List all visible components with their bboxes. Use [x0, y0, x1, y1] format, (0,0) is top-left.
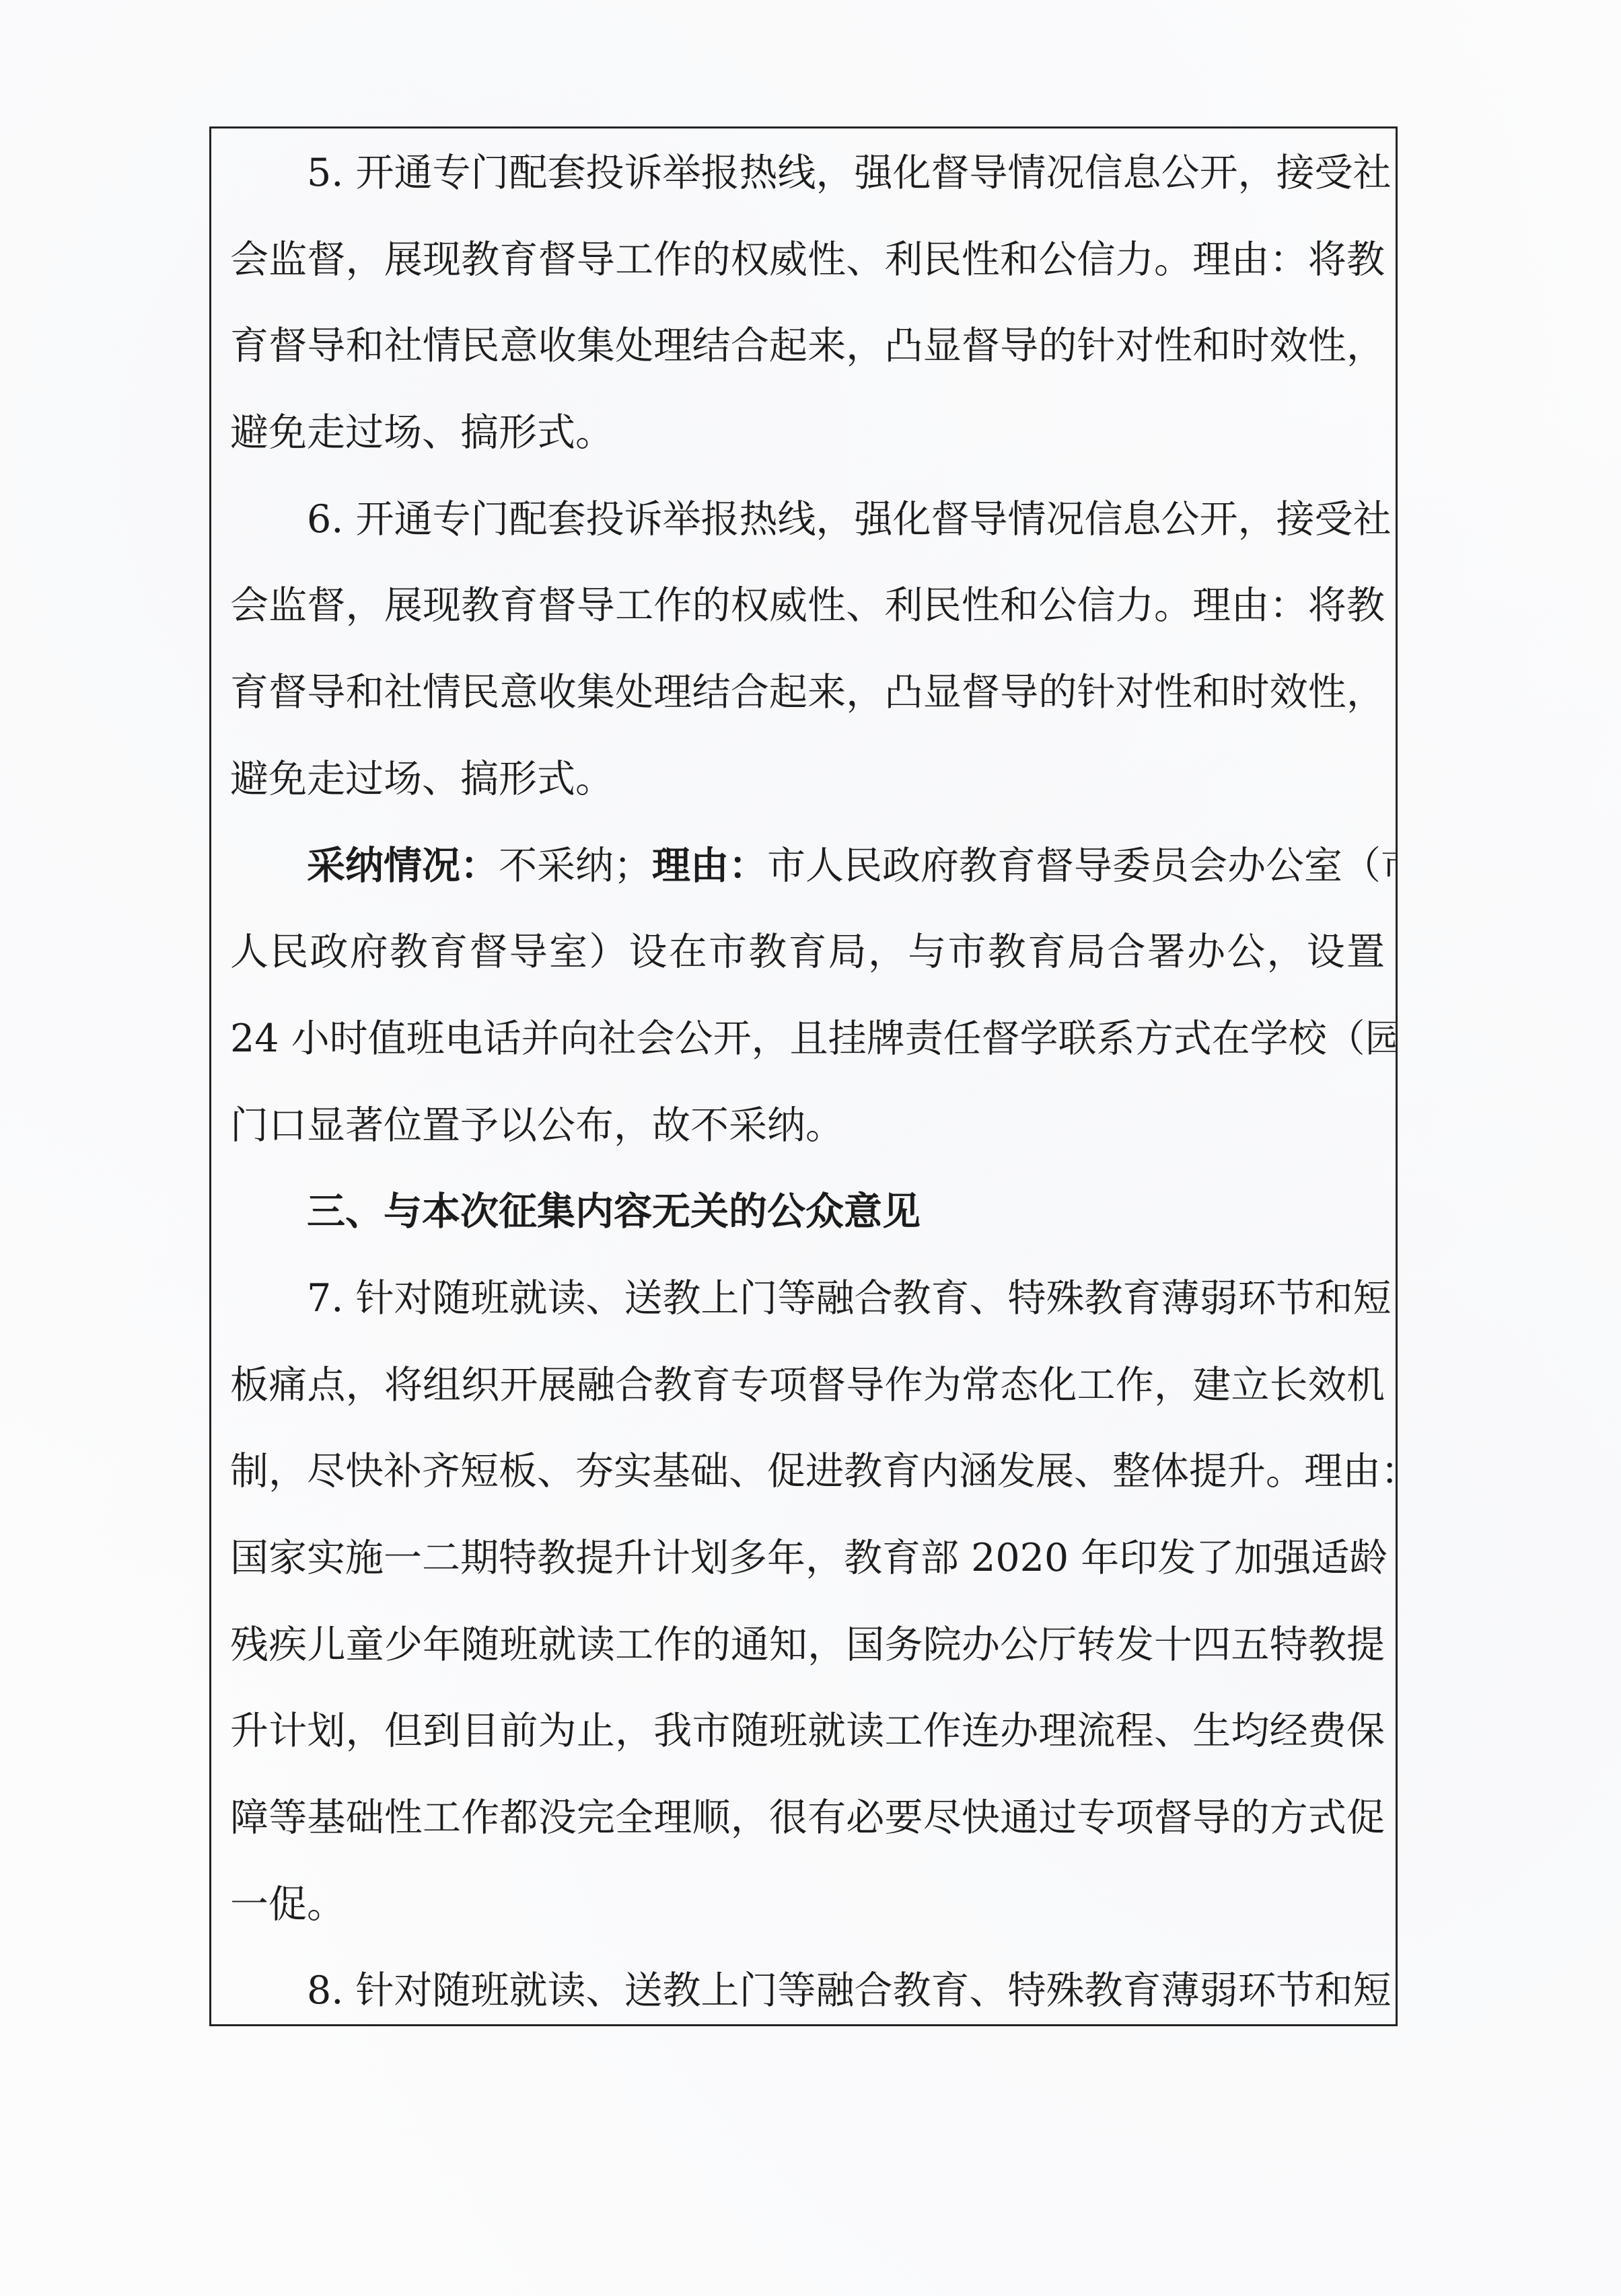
reason-text: 市人民政府教育督导委员会办公室（市	[767, 844, 1398, 888]
paragraph-line: 人民政府教育督导室）设在市教育局，与市教育局合署办公，设置	[230, 909, 1385, 996]
paragraph-line: 障等基础性工作都没完全理顺，很有必要尽快通过专项督导的方式促	[230, 1775, 1385, 1861]
section-heading: 三、与本次征集内容无关的公众意见	[230, 1169, 1385, 1255]
paragraph-line: 育督导和社情民意收集处理结合起来，凸显督导的针对性和时效性，	[230, 303, 1385, 390]
paragraph-line: 板痛点，将组织开展融合教育专项督导作为常态化工作，建立长效机	[230, 1342, 1385, 1429]
paragraph-line: 制，尽快补齐短板、夯实基础、促进教育内涵发展、整体提升。理由：	[230, 1428, 1385, 1515]
paragraph-line: 避免走过场、搞形式。	[230, 390, 1385, 476]
paragraph-line: 6. 开通专门配套投诉举报热线，强化督导情况信息公开，接受社	[230, 476, 1385, 563]
paragraph-line: 会监督，展现教育督导工作的权威性、利民性和公信力。理由：将教	[230, 217, 1385, 303]
paragraph-line: 8. 针对随班就读、送教上门等融合教育、特殊教育薄弱环节和短	[230, 1948, 1385, 2026]
paragraph-item-8: 8. 针对随班就读、送教上门等融合教育、特殊教育薄弱环节和短	[230, 1948, 1385, 2026]
paragraph-line: 24 小时值班电话并向社会公开，且挂牌责任督学联系方式在学校（园）	[230, 996, 1385, 1082]
paragraph-line: 育督导和社情民意收集处理结合起来，凸显督导的针对性和时效性，	[230, 649, 1385, 736]
adoption-status-value: 不采纳；	[499, 844, 652, 888]
paragraph-line: 门口显著位置予以公布，故不采纳。	[230, 1082, 1385, 1169]
document-body: 5. 开通专门配套投诉举报热线，强化督导情况信息公开，接受社 会监督，展现教育督…	[230, 130, 1385, 2026]
paragraph-line: 升计划，但到目前为止，我市随班就读工作连办理流程、生均经费保	[230, 1688, 1385, 1775]
paragraph-line: 会监督，展现教育督导工作的权威性、利民性和公信力。理由：将教	[230, 562, 1385, 649]
paragraph-line: 5. 开通专门配套投诉举报热线，强化督导情况信息公开，接受社	[230, 130, 1385, 217]
paragraph-line: 国家实施一二期特教提升计划多年，教育部 2020 年印发了加强适龄	[230, 1515, 1385, 1602]
paragraph-line: 避免走过场、搞形式。	[230, 736, 1385, 823]
paragraph-line: 一促。	[230, 1861, 1385, 1948]
paragraph-line: 7. 针对随班就读、送教上门等融合教育、特殊教育薄弱环节和短	[230, 1255, 1385, 1342]
adoption-status-label: 采纳情况：	[307, 844, 499, 888]
paragraph-item-7: 7. 针对随班就读、送教上门等融合教育、特殊教育薄弱环节和短 板痛点，将组织开展…	[230, 1255, 1385, 1948]
paragraph-item-6: 6. 开通专门配套投诉举报热线，强化督导情况信息公开，接受社 会监督，展现教育督…	[230, 476, 1385, 823]
paragraph-item-5: 5. 开通专门配套投诉举报热线，强化督导情况信息公开，接受社 会监督，展现教育督…	[230, 130, 1385, 476]
paragraph-line: 采纳情况：不采纳；理由：市人民政府教育督导委员会办公室（市	[230, 823, 1385, 910]
adoption-status-paragraph: 采纳情况：不采纳；理由：市人民政府教育督导委员会办公室（市 人民政府教育督导室）…	[230, 823, 1385, 1169]
reason-label: 理由：	[652, 844, 767, 888]
paragraph-line: 残疾儿童少年随班就读工作的通知，国务院办公厅转发十四五特教提	[230, 1602, 1385, 1689]
bordered-content-box: 5. 开通专门配套投诉举报热线，强化督导情况信息公开，接受社 会监督，展现教育督…	[209, 126, 1398, 2026]
